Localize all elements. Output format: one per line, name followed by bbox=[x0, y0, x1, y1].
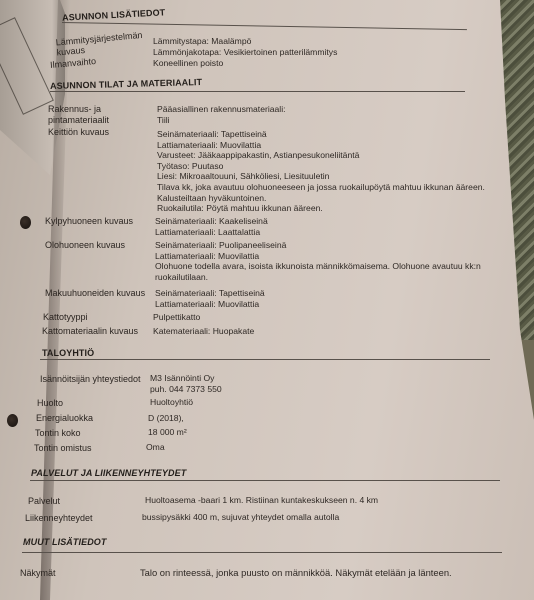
value-kattotyyppi: Pulpettikatto bbox=[153, 312, 200, 323]
section-title-palvelut: PALVELUT JA LIIKENNEYHTEYDET bbox=[31, 468, 186, 478]
value-isannoitsijan-yhteystiedot: M3 Isännöinti Oy puh. 044 7373 550 bbox=[150, 373, 222, 394]
value-energialuokka: D (2018), bbox=[148, 413, 184, 424]
label-kattotyyppi: Kattotyyppi bbox=[43, 312, 88, 322]
label-energialuokka: Energialuokka bbox=[36, 413, 93, 423]
value-lammitysjarjestelman-kuvaus: Lämmitystapa: Maalämpö Lämmönjakotapa: V… bbox=[153, 36, 337, 57]
section-divider bbox=[62, 22, 467, 30]
label-tontin-omistus: Tontin omistus bbox=[34, 443, 92, 453]
value-tontin-omistus: Oma bbox=[146, 442, 165, 453]
section-divider bbox=[30, 480, 500, 481]
value-makuuhuoneiden-kuvaus: Seinämateriaali: Tapettiseinä Lattiamate… bbox=[155, 288, 265, 309]
section-title-asunnon-tilat: ASUNNON TILAT JA MATERIAALIT bbox=[50, 77, 202, 91]
value-tontin-koko: 18 000 m² bbox=[148, 427, 187, 438]
label-olohuoneen-kuvaus: Olohuoneen kuvaus bbox=[45, 240, 125, 250]
section-title-muut-lisatiedot: MUUT LISÄTIEDOT bbox=[23, 537, 107, 547]
label-rakennus-pintamateriaalit: Rakennus- ja pintamateriaalit bbox=[48, 104, 128, 126]
label-palvelut: Palvelut bbox=[28, 496, 60, 506]
label-ilmanvaihto: Ilmanvaihto bbox=[50, 56, 97, 70]
value-kattomateriaalin-kuvaus: Katemateriaali: Huopakate bbox=[153, 326, 254, 337]
value-olohuoneen-kuvaus: Seinämateriaali: Puolipaneeliseinä Latti… bbox=[155, 240, 481, 282]
label-nakymat: Näkymät bbox=[20, 568, 56, 578]
value-keittion-kuvaus: Seinämateriaali: Tapettiseinä Lattiamate… bbox=[157, 129, 485, 214]
punch-hole bbox=[7, 414, 18, 427]
value-rakennus-pintamateriaalit: Pääasiallinen rakennusmateriaali: Tiili bbox=[157, 104, 286, 125]
label-makuuhuoneiden-kuvaus: Makuuhuoneiden kuvaus bbox=[45, 288, 145, 298]
label-liikenneyhteydet: Liikenneyhteydet bbox=[25, 513, 93, 523]
label-kylpyhuoneen-kuvaus: Kylpyhuoneen kuvaus bbox=[45, 216, 133, 226]
value-liikenneyhteydet: bussipysäkki 400 m, sujuvat yhteydet oma… bbox=[142, 512, 339, 523]
label-tontin-koko: Tontin koko bbox=[35, 428, 81, 438]
label-kattomateriaalin-kuvaus: Kattomateriaalin kuvaus bbox=[42, 326, 138, 336]
section-divider bbox=[40, 359, 490, 360]
value-palvelut: Huoltoasema -baari 1 km. Ristiinan kunta… bbox=[145, 495, 378, 506]
label-isannoitsijan-yhteystiedot: Isännöitsijän yhteystiedot bbox=[40, 374, 141, 384]
value-kylpyhuoneen-kuvaus: Seinämateriaali: Kaakeliseinä Lattiamate… bbox=[155, 216, 268, 237]
value-nakymat: Talo on rinteessä, jonka puusto on männi… bbox=[140, 568, 452, 579]
value-huolto: Huoltoyhtiö bbox=[150, 397, 193, 408]
section-title-taloyhtio: TALOYHTIÖ bbox=[42, 348, 94, 358]
value-ilmanvaihto: Koneellinen poisto bbox=[153, 58, 223, 69]
section-title-asunnon-lisatiedot: ASUNNON LISÄTIEDOT bbox=[62, 7, 166, 22]
label-huolto: Huolto bbox=[37, 398, 63, 408]
label-keittion-kuvaus: Keittiön kuvaus bbox=[48, 127, 109, 137]
section-divider bbox=[22, 552, 502, 553]
punch-hole bbox=[20, 216, 31, 229]
document-content: ASUNNON LISÄTIEDOT Lämmitysjärjestelmän … bbox=[0, 0, 534, 600]
label-lammitysjarjestelman-kuvaus: Lämmitysjärjestelmän kuvaus bbox=[55, 31, 136, 58]
section-divider bbox=[50, 91, 465, 92]
